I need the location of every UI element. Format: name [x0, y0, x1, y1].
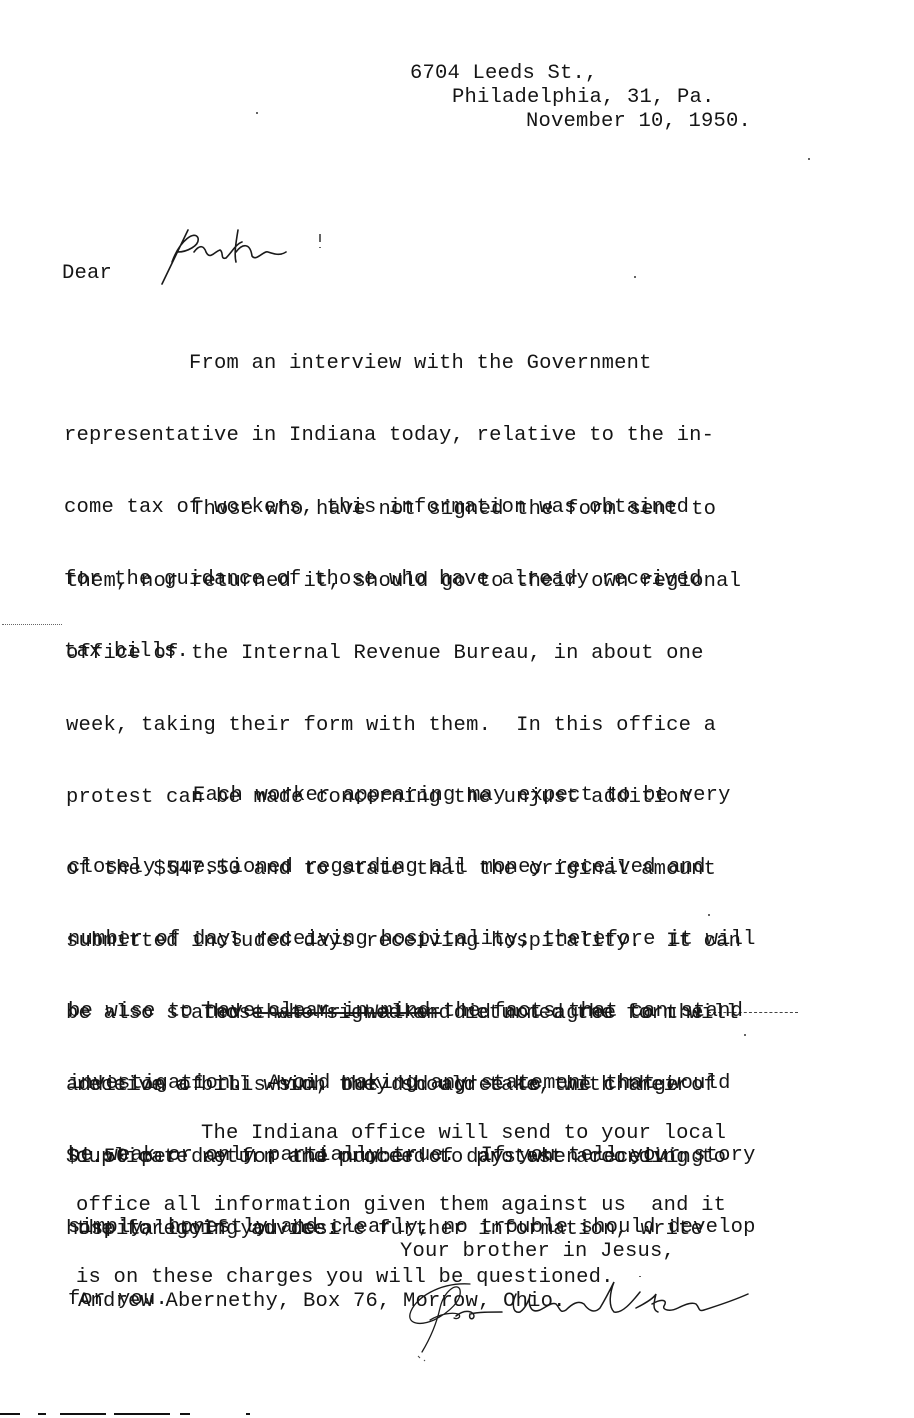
text-line: Those who have not signed the form sent …: [66, 498, 798, 522]
margin-dotted-mark: [2, 624, 62, 627]
handwritten-salutation: Brother!: [150, 222, 330, 292]
text-line: Each worker appearing may expect to be v…: [68, 784, 756, 808]
return-address-street: 6704 Leeds St.,: [410, 62, 598, 86]
scan-speck: [744, 1034, 746, 1036]
letter-closing: Your brother in Jesus,: [400, 1240, 675, 1264]
text-line: office of the Internal Revenue Bureau, i…: [66, 642, 798, 666]
letter-date: November 10, 1950.: [526, 110, 751, 134]
scan-speck: [708, 914, 710, 916]
handwritten-signature: Geo Walker: [400, 1268, 840, 1368]
text-line: If you desire further information, write: [78, 1218, 703, 1242]
bottom-edge-marks: [0, 1412, 914, 1416]
text-line: From an interview with the Government: [64, 352, 714, 376]
text-line: The Indiana office will send to your loc…: [76, 1122, 726, 1146]
text-line: Those who signed and returned the form w…: [76, 1002, 739, 1026]
salutation-typed: Dear: [62, 262, 112, 286]
text-line: week, taking their form with them. In th…: [66, 714, 798, 738]
scan-speck: [808, 158, 810, 160]
scan-speck: [634, 276, 636, 278]
text-line: them, nor returned it, should go to thei…: [66, 570, 798, 594]
text-line: representative in Indiana today, relativ…: [64, 424, 714, 448]
text-line: number of days receiving hospitality; th…: [68, 928, 756, 952]
letter-page: 6704 Leeds St., Philadelphia, 31, Pa. No…: [0, 0, 914, 1418]
text-line: closely questioned regarding all money r…: [68, 856, 756, 880]
return-address-city: Philadelphia, 31, Pa.: [452, 86, 715, 110]
scan-speck: [256, 112, 258, 114]
